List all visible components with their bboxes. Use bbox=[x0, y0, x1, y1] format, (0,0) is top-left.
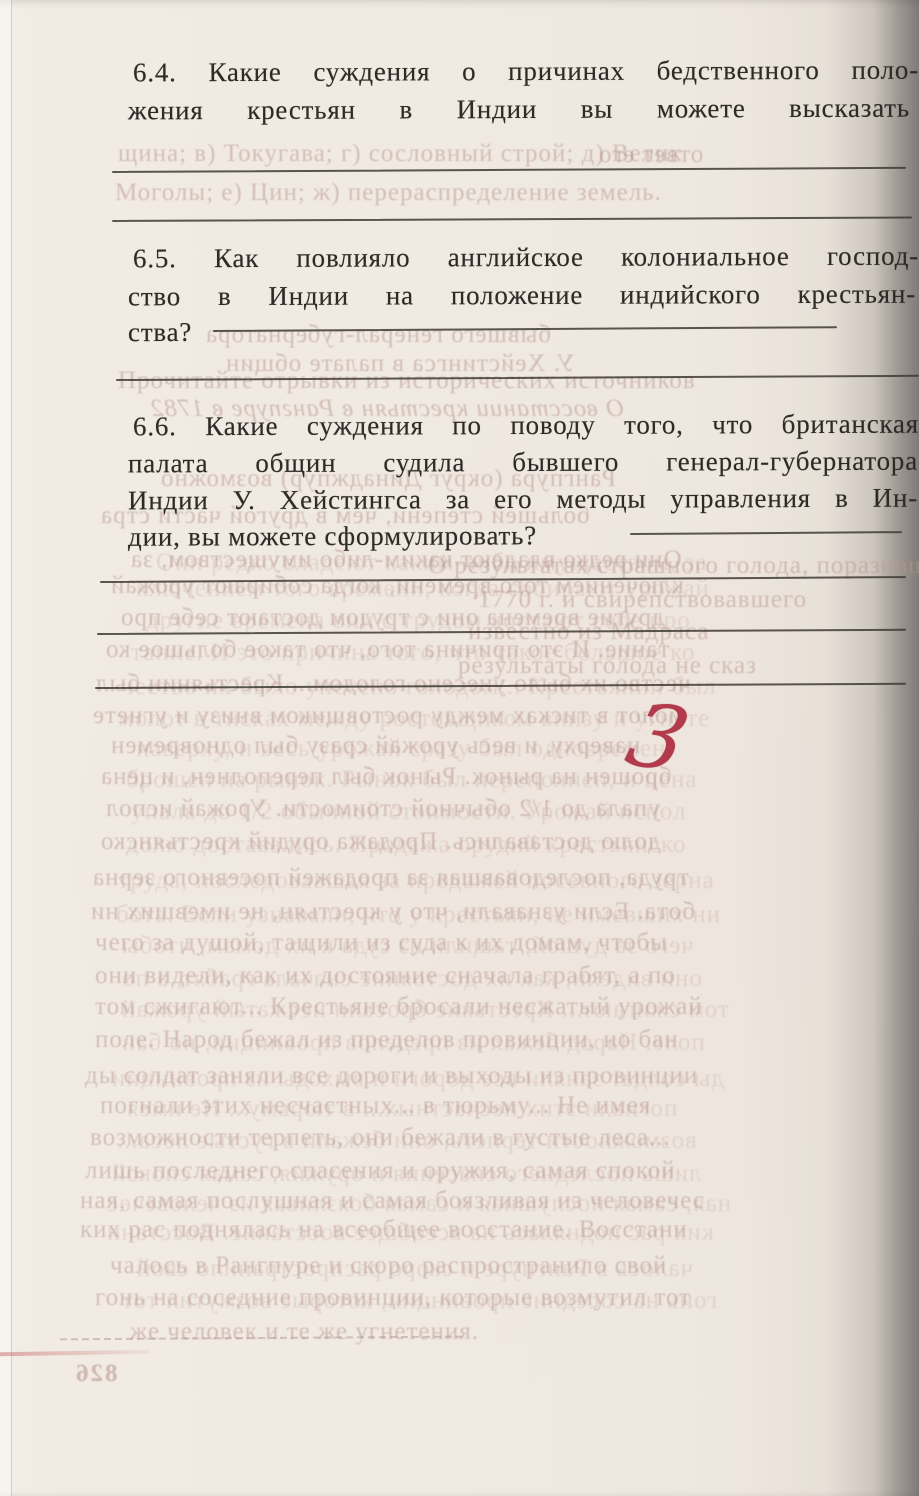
question-6.6-line-2: палата общин судила бывшего генерал-губе… bbox=[128, 446, 918, 480]
question-6.6-line-4: дии, вы можете сформулировать? bbox=[128, 520, 537, 552]
answer-line-1 bbox=[112, 167, 906, 173]
ghost-line: чего за душой, тащили из суда к их домам… bbox=[121, 932, 694, 959]
ghost-line: чалось в Рангпуре и скоро распространило… bbox=[136, 1255, 693, 1282]
ghost-line: тание. И это причина того, что такое бол… bbox=[131, 639, 696, 666]
page-number-ghost: 826 bbox=[74, 1360, 118, 1388]
page-left-edge-line bbox=[11, 0, 12, 1496]
ghost-line: долю доставались. Продажа орудий крестья… bbox=[126, 831, 686, 858]
answer-line-5 bbox=[630, 531, 902, 535]
ghost-line: гонь на соседние провинции, которые возм… bbox=[121, 1287, 717, 1314]
ghost-line: Моголы; е) Цин; ж) перераспределение зем… bbox=[115, 179, 662, 206]
ghost-line: они видели, как их достояние сначала гра… bbox=[121, 965, 702, 992]
ghost-line: бывшего генерал-губернатора bbox=[205, 321, 551, 348]
question-6.5-line-3: ства? bbox=[128, 317, 192, 348]
ghost-line: ная, самая послушная и самая боязливая и… bbox=[106, 1190, 731, 1217]
ghost-line: погнали этих несчастных... в тюрьму... Н… bbox=[126, 1095, 677, 1122]
question-6.5-line-1: 6.5. Как повлияло английское колониально… bbox=[133, 241, 919, 275]
ghost-line: ды солдат заняли все дороги и выходы из … bbox=[111, 1065, 724, 1092]
workbook-page: щина; в) Токугава; г) сословный строй; д… bbox=[0, 0, 919, 1496]
ghost-line: ких рас поднялась на всеобщее восстание.… bbox=[106, 1219, 714, 1246]
answer-line-2 bbox=[112, 217, 912, 222]
page-left-edge bbox=[0, 0, 11, 1496]
ghost-line: ответ его bbox=[598, 141, 703, 168]
ghost-line: упала до 1/2 обычной стоимости. Урожай и… bbox=[131, 798, 687, 825]
ghost-line: же человек и те же угнетения. bbox=[130, 1318, 479, 1345]
ghost-line: брошен на рынок. Рынок был переполнен, и… bbox=[126, 766, 698, 793]
red-ink-smear bbox=[0, 1350, 150, 1357]
ghost-line: труда, последовавшая за продажей посевно… bbox=[118, 867, 715, 894]
question-6.4-line-1: 6.4. Какие суждения о причинах бедственн… bbox=[133, 55, 919, 89]
question-6.6-line-3: Индии У. Хейстингса за его методы управл… bbox=[128, 483, 918, 517]
ghost-line: бота. Если узнавали, что у крестьян, не … bbox=[116, 901, 721, 928]
question-6.4-line-2: жения крестьян в Индии вы можете высказа… bbox=[128, 93, 910, 127]
ghost-line: лишь последнего спасения и оружия, самая… bbox=[111, 1160, 702, 1187]
ghost-line: наверху, и весь урожай сразу был одновре… bbox=[136, 735, 667, 762]
ghost-line: поле. Народ бежал из пределов провинции,… bbox=[121, 1029, 705, 1056]
question-6.6-line-1: 6.6. Какие суждения по поводу того, что … bbox=[133, 409, 919, 443]
ghost-line: молот в тисках между ростовщиком внизу и… bbox=[118, 705, 710, 732]
ghost-line: том сжигают... Крестьяне бросали несжаты… bbox=[121, 996, 729, 1023]
ghost-line: возможности терпеть, они бежали в густые… bbox=[116, 1127, 697, 1154]
question-6.5-line-2: ство в Индии на положение индийского кре… bbox=[128, 279, 916, 313]
